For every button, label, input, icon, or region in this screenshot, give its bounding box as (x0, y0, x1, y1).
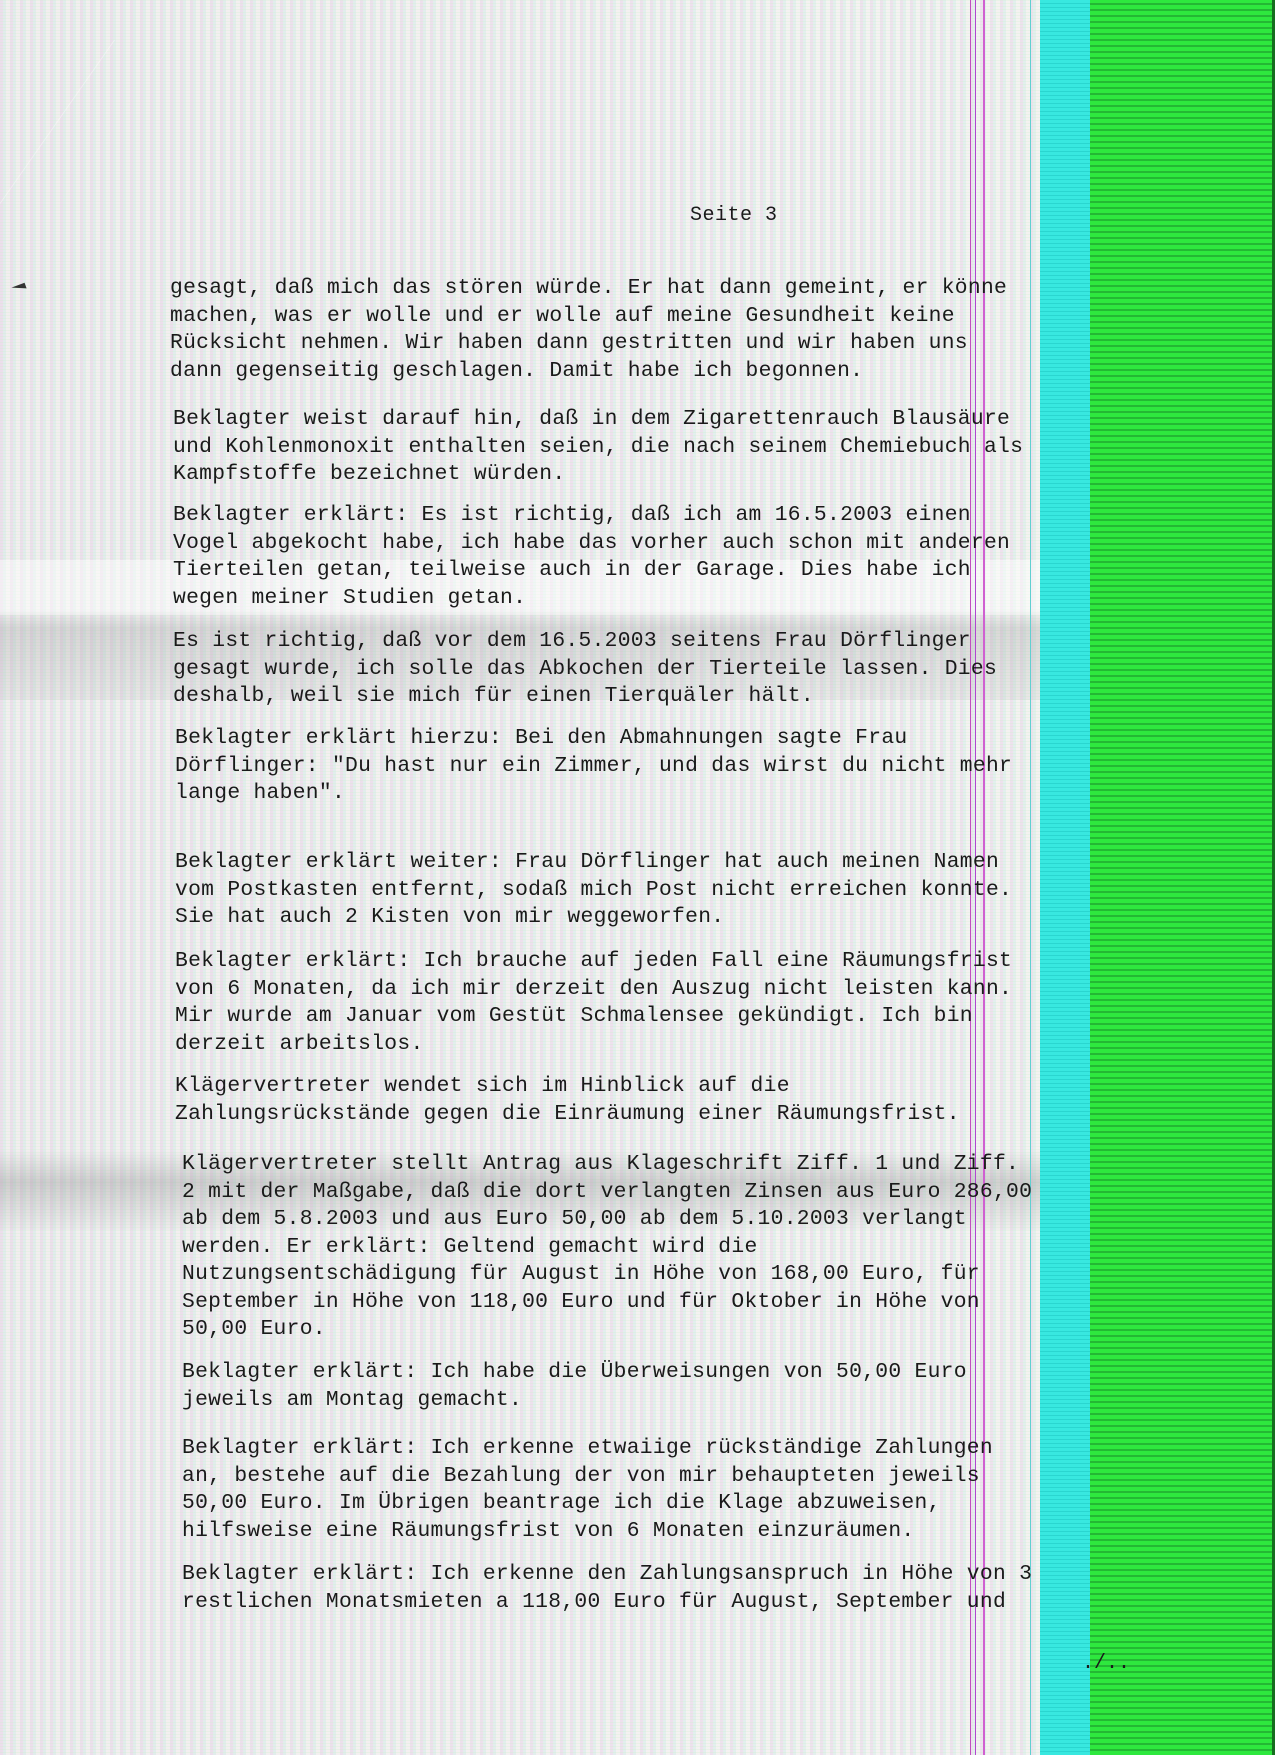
text-line: Tierteilen getan, teilweise auch in der … (173, 557, 1010, 585)
text-line: gesagt, daß mich das stören würde. Er ha… (170, 275, 1007, 303)
text-line: hilfsweise eine Räumungsfrist von 6 Mona… (182, 1518, 993, 1546)
text-line: Es ist richtig, daß vor dem 16.5.2003 se… (173, 628, 997, 656)
text-line: von 6 Monaten, da ich mir derzeit den Au… (175, 976, 1012, 1004)
paragraph: Klägervertreter wendet sich im Hinblick … (175, 1073, 960, 1128)
text-line: Beklagter erklärt weiter: Frau Dörflinge… (175, 849, 1012, 877)
text-line: dann gegenseitig geschlagen. Damit habe … (170, 358, 1007, 386)
text-line: Sie hat auch 2 Kisten von mir weggeworfe… (175, 904, 1012, 932)
paragraph: Beklagter erklärt: Ich erkenne den Zahlu… (182, 1561, 1032, 1616)
text-line: vom Postkasten entfernt, sodaß mich Post… (175, 877, 1012, 905)
text-line: Rücksicht nehmen. Wir haben dann gestrit… (170, 330, 1007, 358)
paragraph: Beklagter erklärt: Es ist richtig, daß i… (173, 502, 1010, 612)
document-page: Seite 3 gesagt, daß mich das stören würd… (0, 0, 1275, 1755)
paragraph: Klägervertreter stellt Antrag aus Klages… (182, 1151, 1032, 1344)
paragraph: Es ist richtig, daß vor dem 16.5.2003 se… (173, 628, 997, 711)
text-line: Beklagter erklärt: Ich brauche auf jeden… (175, 948, 1012, 976)
text-line: Beklagter weist darauf hin, daß in dem Z… (173, 406, 1023, 434)
text-line: Klägervertreter stellt Antrag aus Klages… (182, 1151, 1032, 1179)
text-line: wegen meiner Studien getan. (173, 585, 1010, 613)
paragraph: Beklagter erklärt weiter: Frau Dörflinge… (175, 849, 1012, 932)
text-line: Nutzungsentschädigung für August in Höhe… (182, 1261, 1032, 1289)
text-line: Kampfstoffe bezeichnet würden. (173, 461, 1023, 489)
text-line: werden. Er erklärt: Geltend gemacht wird… (182, 1234, 1032, 1262)
text-line: an, bestehe auf die Bezahlung der von mi… (182, 1463, 993, 1491)
text-line: jeweils am Montag gemacht. (182, 1387, 967, 1415)
text-line: Beklagter erklärt: Ich erkenne etwaiige … (182, 1435, 993, 1463)
paragraph: gesagt, daß mich das stören würde. Er ha… (170, 275, 1007, 385)
paragraph: Beklagter erklärt: Ich brauche auf jeden… (175, 948, 1012, 1058)
text-line: derzeit arbeitslos. (175, 1031, 1012, 1059)
text-line: Beklagter erklärt: Ich habe die Überweis… (182, 1359, 967, 1387)
continuation-mark: ./.. (1082, 1652, 1130, 1675)
text-line: 2 mit der Maßgabe, daß die dort verlangt… (182, 1179, 1032, 1207)
text-line: Dörflinger: "Du hast nur ein Zimmer, und… (175, 753, 1012, 781)
text-line: machen, was er wolle und er wolle auf me… (170, 303, 1007, 331)
page-number: Seite 3 (690, 204, 778, 227)
text-line: Zahlungsrückstände gegen die Einräumung … (175, 1101, 960, 1129)
text-line: 50,00 Euro. Im Übrigen beantrage ich die… (182, 1490, 993, 1518)
text-line: Beklagter erklärt: Ich erkenne den Zahlu… (182, 1561, 1032, 1589)
text-line: und Kohlenmonoxit enthalten seien, die n… (173, 434, 1023, 462)
text-line: gesagt wurde, ich solle das Abkochen der… (173, 656, 997, 684)
text-line: deshalb, weil sie mich für einen Tierquä… (173, 683, 997, 711)
paragraph: Beklagter erklärt hierzu: Bei den Abmahn… (175, 725, 1012, 808)
paragraph: Beklagter erklärt: Ich habe die Überweis… (182, 1359, 967, 1414)
text-line: ab dem 5.8.2003 und aus Euro 50,00 ab de… (182, 1206, 1032, 1234)
paragraph: Beklagter weist darauf hin, daß in dem Z… (173, 406, 1023, 489)
text-line: Mir wurde am Januar vom Gestüt Schmalens… (175, 1003, 1012, 1031)
text-line: restlichen Monatsmieten a 118,00 Euro fü… (182, 1589, 1032, 1617)
text-line: Vogel abgekocht habe, ich habe das vorhe… (173, 530, 1010, 558)
text-line: Beklagter erklärt hierzu: Bei den Abmahn… (175, 725, 1012, 753)
text-line: Klägervertreter wendet sich im Hinblick … (175, 1073, 960, 1101)
paragraph: Beklagter erklärt: Ich erkenne etwaiige … (182, 1435, 993, 1545)
text-line: September in Höhe von 118,00 Euro und fü… (182, 1289, 1032, 1317)
text-line: 50,00 Euro. (182, 1316, 1032, 1344)
text-line: Beklagter erklärt: Es ist richtig, daß i… (173, 502, 1010, 530)
text-line: lange haben". (175, 780, 1012, 808)
